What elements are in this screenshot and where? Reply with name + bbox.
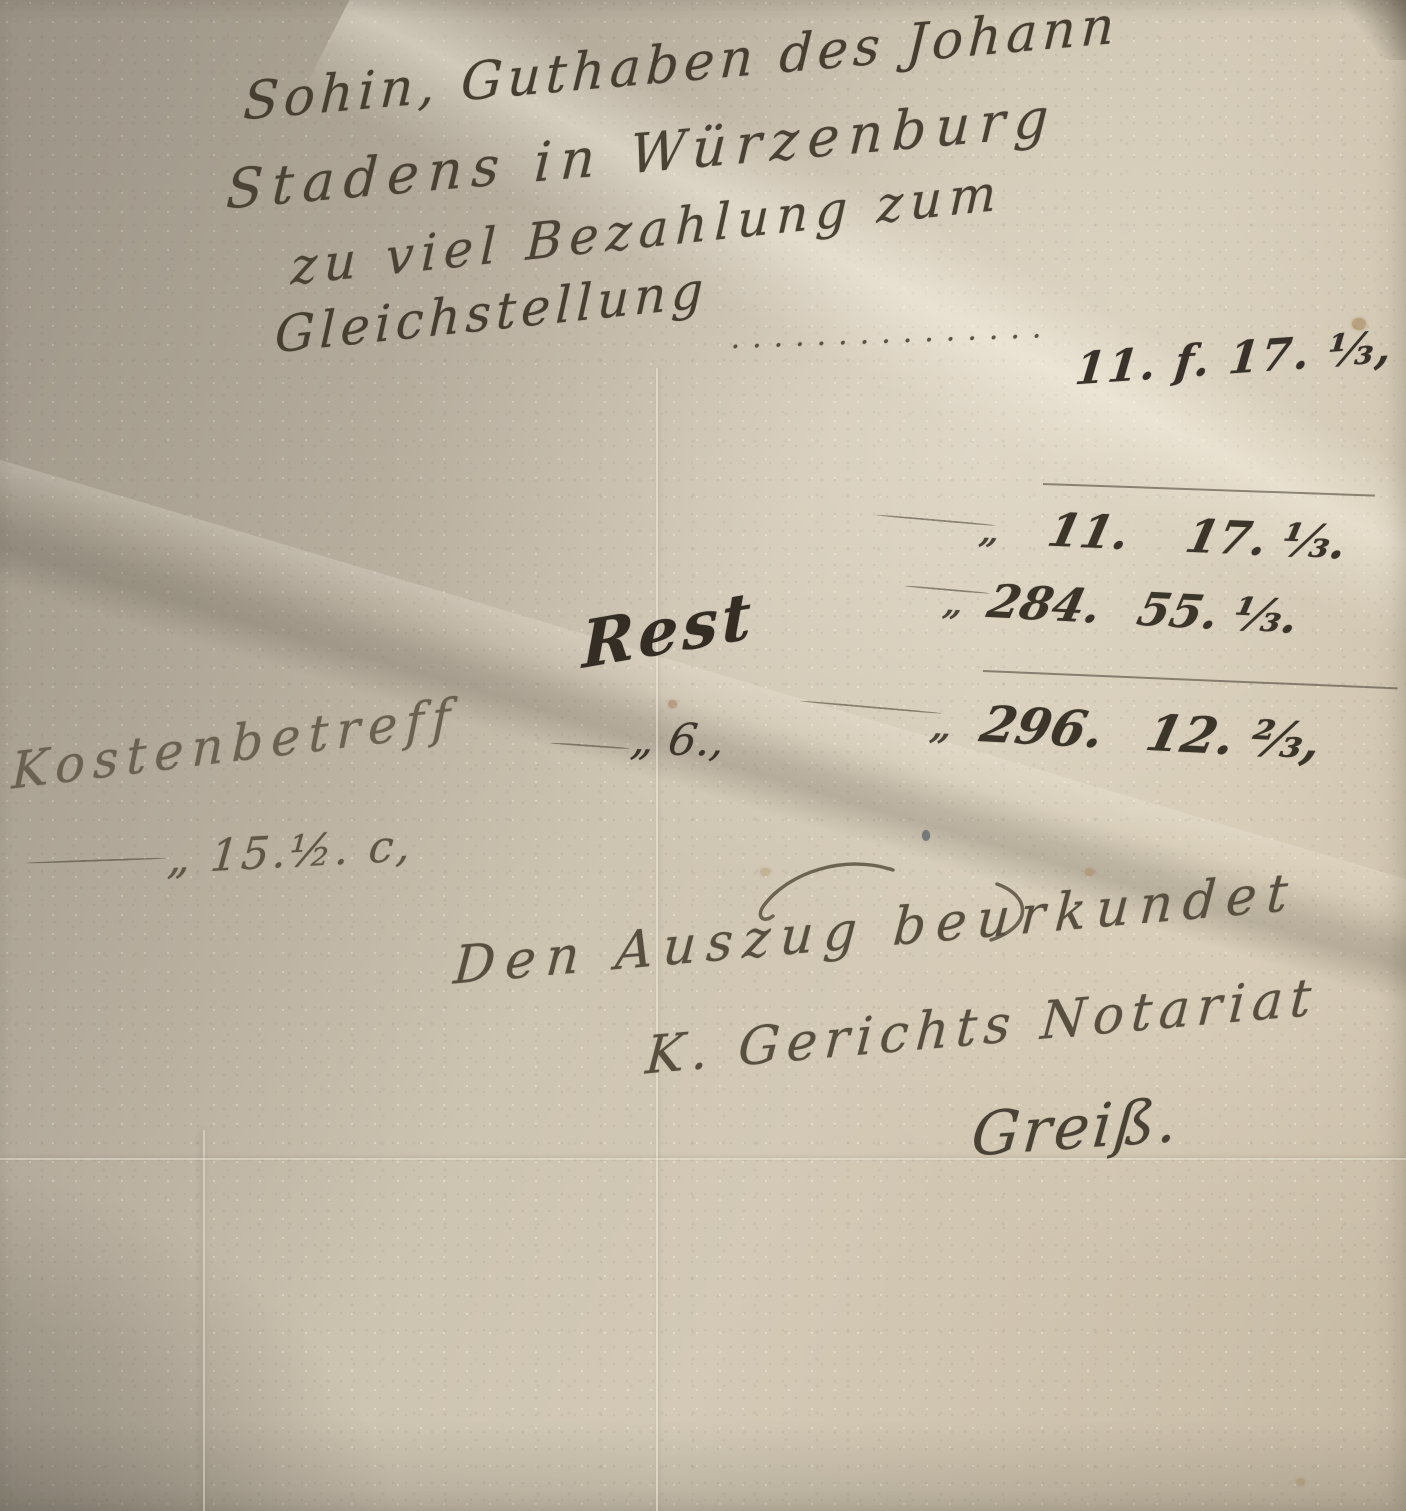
paper-stain xyxy=(1296,1478,1305,1486)
kreuzer-value: 17. ⅓. xyxy=(1181,509,1352,569)
kreuzer-value: 55. ⅓. xyxy=(1132,582,1304,644)
gulden-value: 296. xyxy=(975,695,1110,760)
gulden-value: 11. xyxy=(1043,503,1135,560)
signature: Greiß. xyxy=(969,1085,1183,1170)
horizontal-crease xyxy=(0,1158,1406,1160)
paper-stain xyxy=(1085,868,1094,876)
paper-corner-edge xyxy=(1336,0,1406,60)
rest-note: „ 6., xyxy=(628,714,729,766)
paper-speck-blue xyxy=(922,830,930,841)
kreuzer-value: 12. ⅔, xyxy=(1141,703,1328,770)
document-photo: Sohin, Guthaben des Johann Stadens in Wü… xyxy=(0,0,1406,1511)
paper-stain xyxy=(668,700,677,708)
vertical-crease-left xyxy=(203,1130,205,1511)
gulden-value: 284. xyxy=(983,574,1107,633)
